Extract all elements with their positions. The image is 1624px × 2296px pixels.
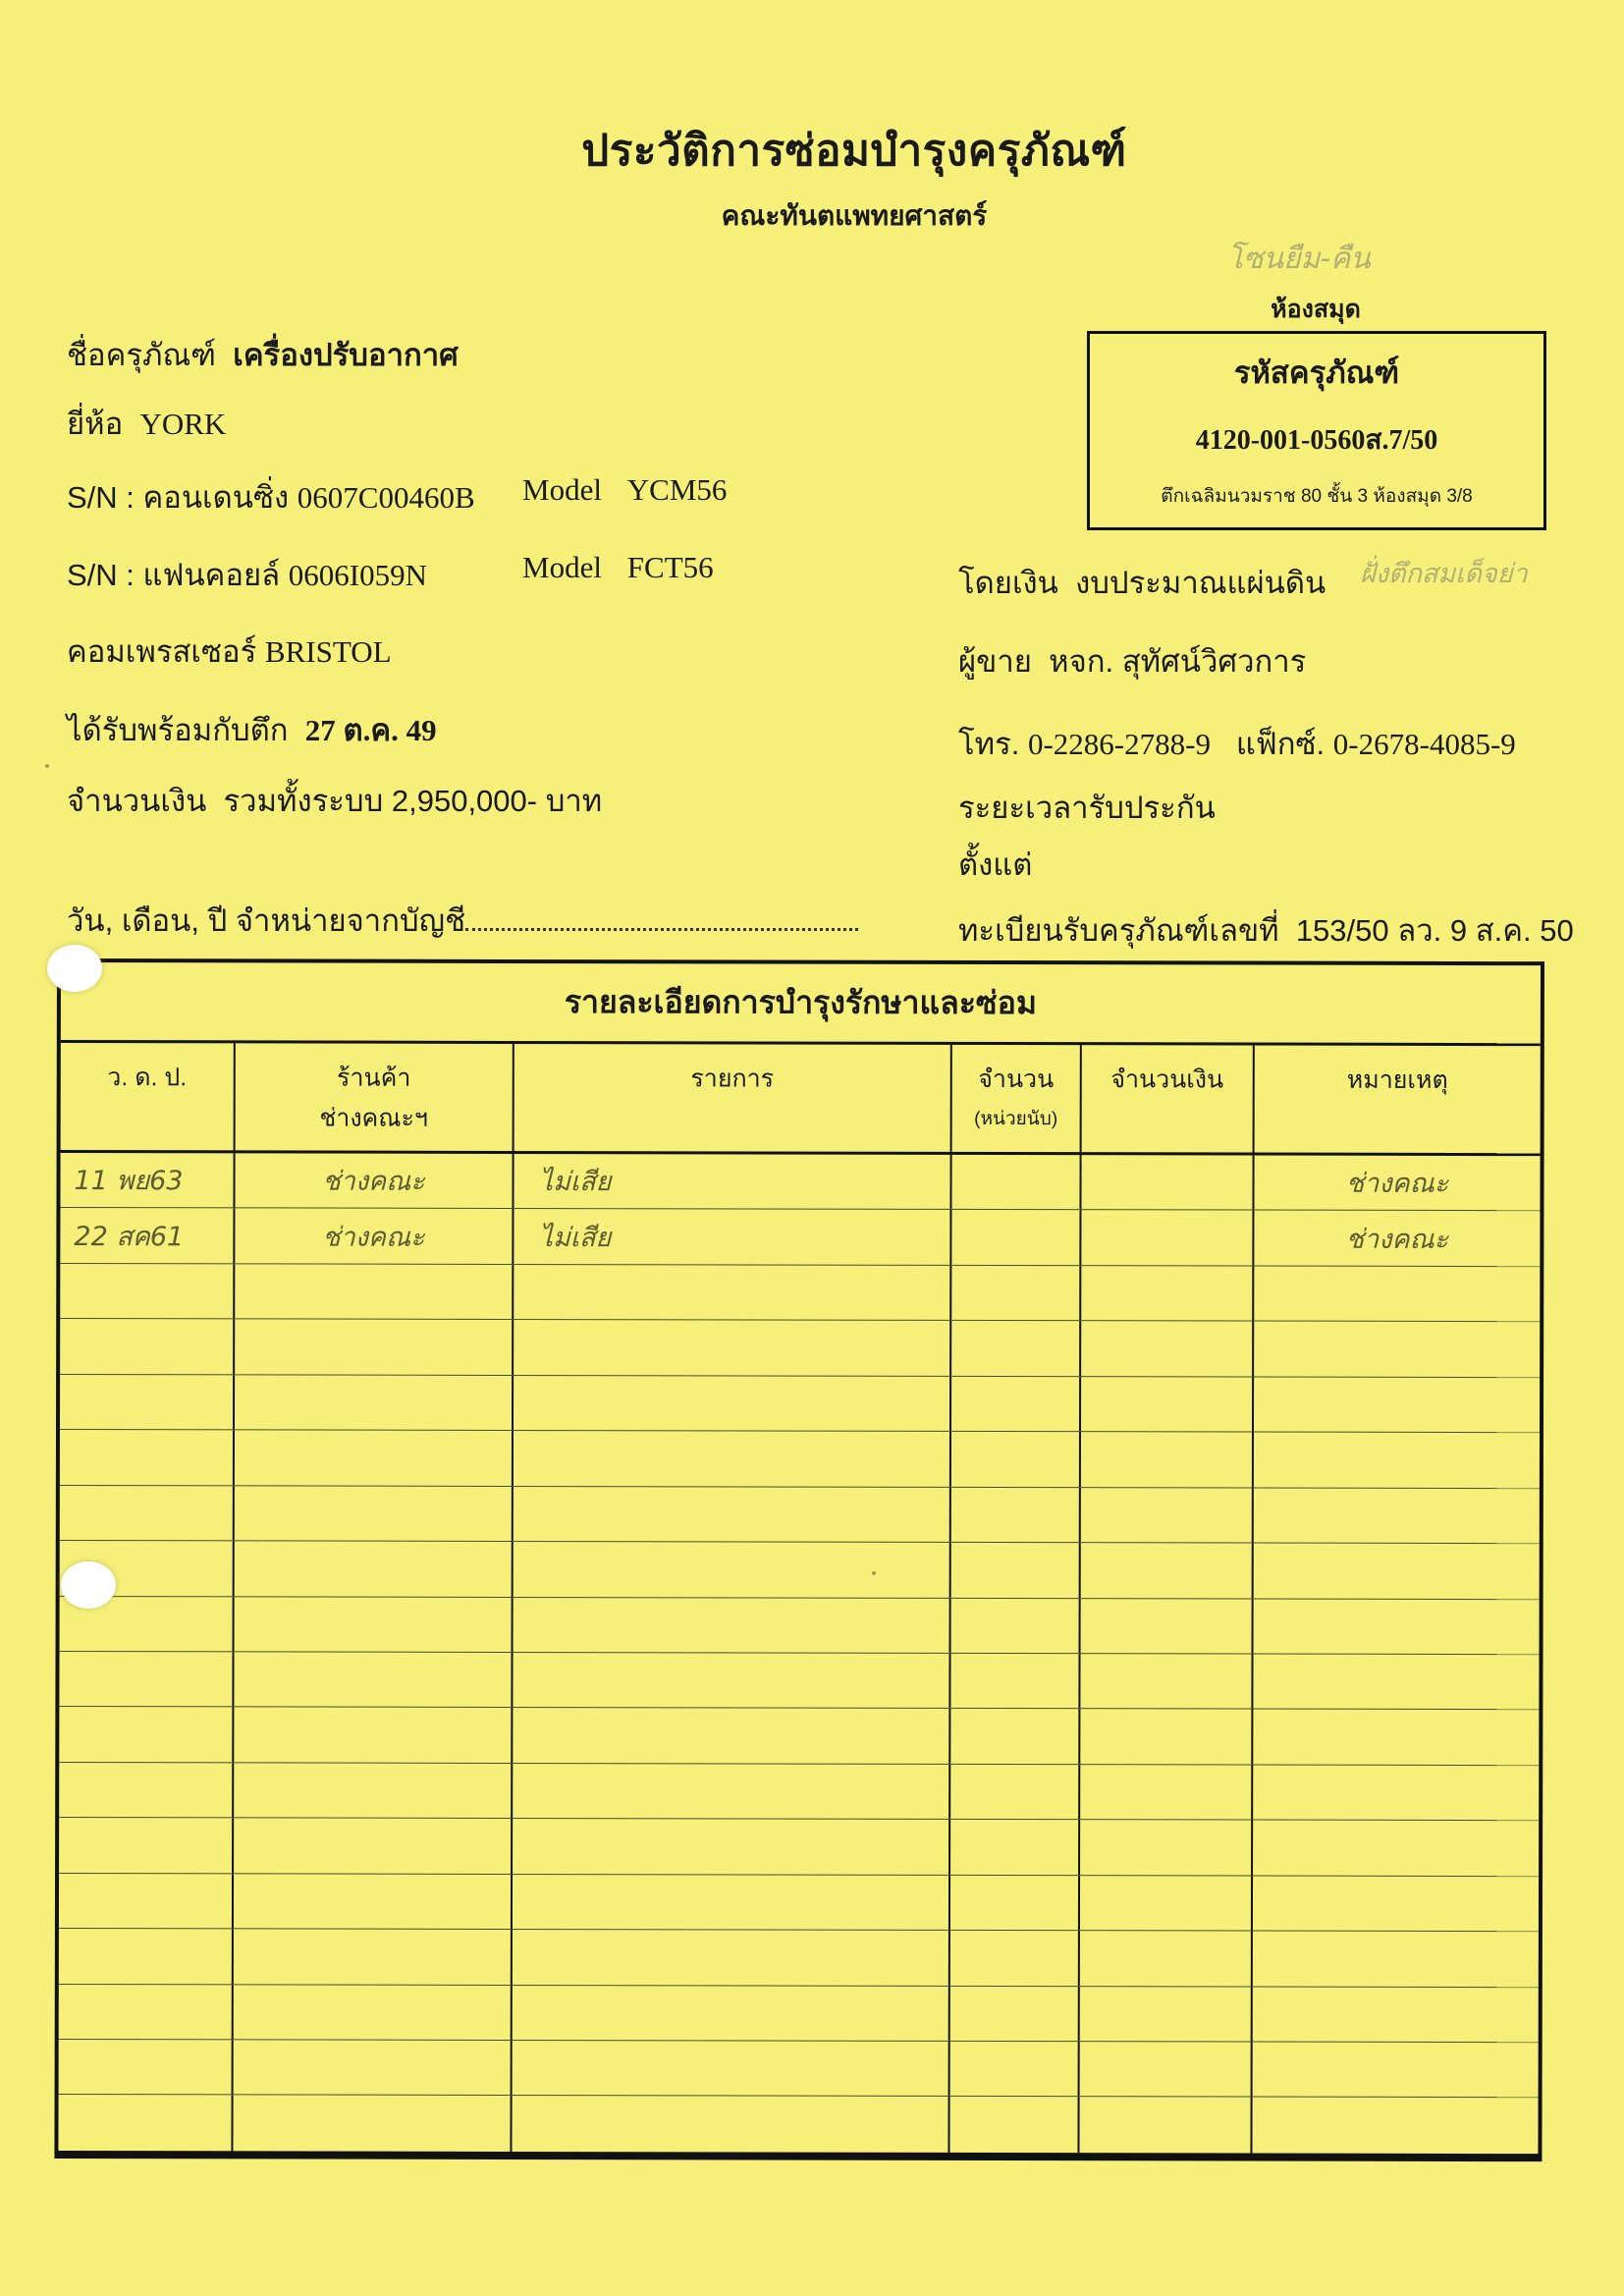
table-row	[59, 2040, 1539, 2099]
fax-value: 0-2678-4085-9	[1333, 727, 1516, 761]
table-row	[60, 1430, 1540, 1489]
cell-quantity	[951, 1210, 1081, 1265]
cell-quantity	[950, 1654, 1080, 1709]
pencil-note-zone: โซนยืม-คืน	[1227, 236, 1371, 282]
sn1-model-value: YCM56	[627, 472, 728, 507]
cell-vendor	[233, 2096, 512, 2152]
cell-amount	[1081, 1599, 1254, 1654]
asset-location: ตึกเฉลิมนวมราช 80 ชั้น 3 ห้องสมุด 3/8	[1090, 481, 1543, 511]
compressor-label: คอมเพรสเซอร์	[67, 634, 256, 669]
cell-quantity	[950, 1820, 1080, 1875]
cell-vendor	[235, 1320, 514, 1375]
col-header-remarks: หมายเหตุ	[1255, 1046, 1541, 1154]
received-label: ได้รับพร้อมกับตึก	[67, 713, 289, 747]
table-row	[58, 2095, 1538, 2154]
ink-mark	[45, 764, 49, 768]
cell-quantity	[951, 1543, 1081, 1598]
brand-value: YORK	[139, 407, 226, 441]
cell-item	[514, 1265, 951, 1320]
field-disposal-date: วัน, เดือน, ปี จำหน่ายจากบัญชี	[67, 896, 858, 945]
cell-quantity	[951, 1432, 1081, 1487]
cell-quantity	[950, 2042, 1080, 2097]
cell-item	[514, 1376, 951, 1431]
cell-date	[59, 2040, 234, 2095]
pencil-note-building: ฝั่งตึกสมเด็จย่า	[1360, 552, 1528, 594]
cell-date	[60, 1430, 235, 1485]
cell-vendor: ช่างคณะ	[235, 1153, 514, 1208]
sn2-model-label: Model	[522, 550, 602, 584]
field-sn-condensing: S/N : คอนเดนซิ่ง 0607C00460B	[67, 472, 475, 521]
cell-amount	[1081, 1211, 1254, 1266]
cell-amount	[1080, 1987, 1253, 2042]
cell-item	[513, 1764, 950, 1819]
cell-amount	[1080, 1710, 1253, 1765]
cell-quantity	[951, 1266, 1081, 1321]
cell-vendor	[234, 1819, 513, 1874]
punch-hole	[47, 945, 102, 992]
punch-hole	[61, 1561, 116, 1609]
cell-vendor	[234, 1652, 513, 1707]
cell-vendor	[234, 1708, 513, 1763]
asset-code-title: รหัสครุภัณฑ์	[1090, 348, 1543, 397]
vendor-value: หจก. สุทัศน์วิศวการ	[1049, 644, 1306, 679]
cell-vendor	[235, 1431, 514, 1486]
table-body: 11 พย63ช่างคณะไม่เสียช่างคณะ22 สค61ช่างค…	[58, 1153, 1540, 2154]
registry-label: ทะเบียนรับครุภัณฑ์เลขที่	[958, 913, 1279, 948]
cell-date	[58, 2095, 233, 2151]
page-subtitle: คณะทันตแพทยศาสตร์	[0, 194, 1624, 238]
cell-item	[514, 1597, 951, 1652]
cell-item	[513, 1708, 950, 1763]
phone-value: 0-2286-2788-9	[1028, 727, 1211, 761]
cell-amount	[1080, 1654, 1253, 1709]
cell-quantity	[950, 1876, 1080, 1931]
cell-item	[512, 2096, 949, 2152]
cell-vendor	[234, 2040, 513, 2095]
cell-amount	[1079, 2098, 1252, 2154]
table-row	[60, 1541, 1540, 1600]
cell-remarks	[1254, 1544, 1540, 1599]
cell-item	[513, 1875, 950, 1930]
table-row	[60, 1486, 1540, 1545]
sn1-model-label: Model	[522, 472, 602, 507]
cell-remarks: ช่างคณะ	[1254, 1156, 1540, 1211]
field-compressor: คอมเพรสเซอร์ BRISTOL	[67, 627, 392, 676]
field-sn-fancoil: S/N : แฟนคอยล์ 0606I059N	[67, 550, 427, 599]
cell-amount	[1080, 1876, 1253, 1931]
received-value: 27 ต.ค. 49	[305, 713, 437, 747]
cell-remarks	[1253, 1876, 1539, 1931]
cell-vendor	[234, 1930, 513, 1985]
table-row	[59, 1874, 1539, 1933]
field-warranty: ระยะเวลารับประกัน	[958, 783, 1216, 832]
table-row	[59, 1707, 1539, 1766]
asset-name-label: ชื่อครุภัณฑ์	[67, 338, 216, 372]
cell-quantity	[950, 1931, 1080, 1986]
table-row: 22 สค61ช่างคณะไม่เสียช่างคณะ	[60, 1208, 1540, 1267]
asset-code-box: รหัสครุภัณฑ์ 4120-001-0560ส.7/50 ตึกเฉลิ…	[1087, 331, 1546, 530]
cell-quantity	[950, 1765, 1080, 1820]
registry-value: 153/50 ลว. 9 ส.ค. 50	[1296, 913, 1574, 948]
cell-item	[513, 1930, 950, 1985]
cell-date	[59, 1874, 234, 1929]
table-row	[60, 1597, 1540, 1656]
funding-label: โดยเงิน	[958, 566, 1058, 600]
cell-remarks	[1253, 1821, 1539, 1876]
cell-vendor	[234, 1763, 513, 1818]
table-row	[59, 1652, 1539, 1711]
cell-date	[59, 1763, 234, 1818]
cell-vendor	[234, 1874, 513, 1929]
cell-date	[59, 1818, 234, 1873]
cell-vendor	[234, 1985, 513, 2040]
cell-remarks	[1254, 1377, 1540, 1432]
field-received: ได้รับพร้อมกับตึก 27 ต.ค. 49	[67, 705, 437, 754]
field-contact: โทร. 0-2286-2788-9 แฟ็กซ์. 0-2678-4085-9	[958, 719, 1516, 768]
cell-remarks	[1253, 1710, 1539, 1765]
asset-name-value: เครื่องปรับอากาศ	[233, 338, 459, 372]
cell-quantity	[949, 2097, 1079, 2153]
table-row	[59, 1763, 1539, 1822]
cell-remarks	[1252, 2098, 1538, 2154]
cell-amount	[1081, 1543, 1254, 1598]
col-header-quantity: จำนวน(หน่วยนับ)	[952, 1045, 1082, 1152]
cell-remarks	[1254, 1266, 1540, 1321]
field-brand: ยี่ห้อ YORK	[67, 399, 226, 448]
disposal-dotted-line	[465, 908, 858, 931]
cell-remarks	[1253, 1987, 1539, 2042]
cell-date	[59, 1929, 234, 1984]
cell-date	[59, 1652, 234, 1707]
sn1-value: 0607C00460B	[298, 480, 475, 515]
field-model-fancoil: Model FCT56	[522, 550, 714, 585]
table-row	[59, 1818, 1539, 1877]
cell-item	[514, 1320, 951, 1375]
cell-item	[513, 1653, 950, 1708]
cell-date	[60, 1319, 235, 1374]
cell-date	[59, 1707, 234, 1762]
cell-amount	[1081, 1377, 1254, 1432]
col-header-item: รายการ	[514, 1044, 952, 1152]
cell-amount	[1080, 1931, 1253, 1986]
amount-label: จำนวนเงิน	[67, 784, 206, 818]
maintenance-table: รายละเอียดการบำรุงรักษาและซ่อม ว. ด. ป. …	[54, 958, 1544, 2161]
col-header-date: ว. ด. ป.	[61, 1043, 236, 1150]
cell-date: 22 สค61	[60, 1208, 235, 1263]
cell-amount	[1081, 1321, 1254, 1376]
col-header-amount: จำนวนเงิน	[1082, 1045, 1255, 1152]
field-registry: ทะเบียนรับครุภัณฑ์เลขที่ 153/50 ลว. 9 ส.…	[958, 905, 1574, 955]
col-header-vendor: ร้านค้าช่างคณะฯ	[236, 1043, 514, 1151]
cell-remarks	[1254, 1322, 1540, 1377]
cell-date	[60, 1375, 235, 1430]
table-row	[60, 1319, 1540, 1378]
cell-remarks	[1253, 1654, 1539, 1709]
cell-quantity	[951, 1377, 1081, 1432]
cell-amount	[1080, 2042, 1253, 2097]
sn1-label: S/N : คอนเดนซิ่ง	[67, 480, 289, 515]
table-title: รายละเอียดการบำรุงรักษาและซ่อม	[61, 962, 1541, 1046]
cell-item	[513, 1819, 950, 1874]
cell-quantity	[950, 1986, 1080, 2041]
amount-value: รวมทั้งระบบ 2,950,000- บาท	[224, 784, 603, 818]
field-funding: โดยเงิน งบประมาณแผ่นดิน	[958, 558, 1326, 607]
disposal-label: วัน, เดือน, ปี จำหน่ายจากบัญชี	[67, 903, 465, 938]
cell-item	[514, 1487, 951, 1542]
cell-amount	[1081, 1155, 1254, 1210]
asset-code-value: 4120-001-0560ส.7/50	[1090, 418, 1543, 462]
funding-value: งบประมาณแผ่นดิน	[1075, 566, 1326, 600]
cell-remarks	[1253, 1932, 1539, 1987]
field-model-condensing: Model YCM56	[522, 472, 727, 508]
sn2-model-value: FCT56	[627, 550, 714, 584]
table-column-headers: ว. ด. ป. ร้านค้าช่างคณะฯ รายการ จำนวน(หน…	[61, 1043, 1541, 1156]
cell-remarks	[1253, 1765, 1539, 1820]
cell-remarks	[1253, 2043, 1539, 2098]
room-label: ห้องสมุด	[1188, 290, 1443, 329]
cell-item: ไม่เสีย	[514, 1209, 951, 1264]
compressor-value: BRISTOL	[265, 634, 392, 669]
fax-label: แฟ็กซ์.	[1236, 727, 1325, 761]
cell-quantity	[951, 1598, 1081, 1653]
cell-quantity	[951, 1488, 1081, 1543]
cell-date	[60, 1264, 235, 1319]
vendor-label: ผู้ขาย	[958, 644, 1032, 679]
cell-amount	[1081, 1432, 1254, 1487]
table-row	[60, 1375, 1540, 1434]
table-row: 11 พย63ช่างคณะไม่เสียช่างคณะ	[60, 1153, 1540, 1212]
cell-remarks	[1254, 1433, 1540, 1488]
cell-remarks: ช่างคณะ	[1254, 1211, 1540, 1266]
table-row	[59, 1985, 1539, 2044]
cell-quantity	[950, 1709, 1080, 1764]
cell-item: ไม่เสีย	[514, 1154, 951, 1209]
field-asset-name: ชื่อครุภัณฑ์ เครื่องปรับอากาศ	[67, 330, 459, 379]
phone-label: โทร.	[958, 727, 1019, 761]
cell-remarks	[1254, 1599, 1540, 1654]
page-title: ประวัติการซ่อมบำรุงครุภัณฑ์	[0, 116, 1624, 185]
cell-item	[514, 1431, 951, 1486]
cell-vendor: ช่างคณะ	[235, 1209, 514, 1264]
cell-amount	[1080, 1765, 1253, 1820]
cell-vendor	[235, 1486, 514, 1541]
cell-quantity	[951, 1155, 1081, 1210]
cell-amount	[1081, 1488, 1254, 1543]
cell-amount	[1081, 1266, 1254, 1321]
cell-vendor	[235, 1541, 514, 1596]
cell-item	[514, 1542, 951, 1597]
cell-remarks	[1254, 1488, 1540, 1543]
table-row	[59, 1929, 1539, 1988]
field-vendor: ผู้ขาย หจก. สุทัศน์วิศวการ	[958, 636, 1306, 685]
cell-date	[60, 1486, 235, 1541]
sn2-label: S/N : แฟนคอยล์	[67, 558, 280, 592]
cell-quantity	[951, 1321, 1081, 1376]
cell-vendor	[235, 1597, 514, 1652]
field-amount: จำนวนเงิน รวมทั้งระบบ 2,950,000- บาท	[67, 776, 602, 825]
cell-vendor	[235, 1375, 514, 1430]
cell-vendor	[235, 1264, 514, 1319]
cell-item	[513, 2041, 950, 2096]
paper-speck	[872, 1571, 876, 1575]
field-warranty-from: ตั้งแต่	[958, 840, 1032, 889]
cell-date	[59, 1985, 234, 2040]
sn2-value: 0606I059N	[289, 558, 427, 592]
table-row	[60, 1264, 1540, 1323]
cell-item	[513, 1986, 950, 2041]
brand-label: ยี่ห้อ	[67, 407, 123, 441]
cell-date: 11 พย63	[60, 1153, 235, 1208]
cell-amount	[1080, 1820, 1253, 1875]
